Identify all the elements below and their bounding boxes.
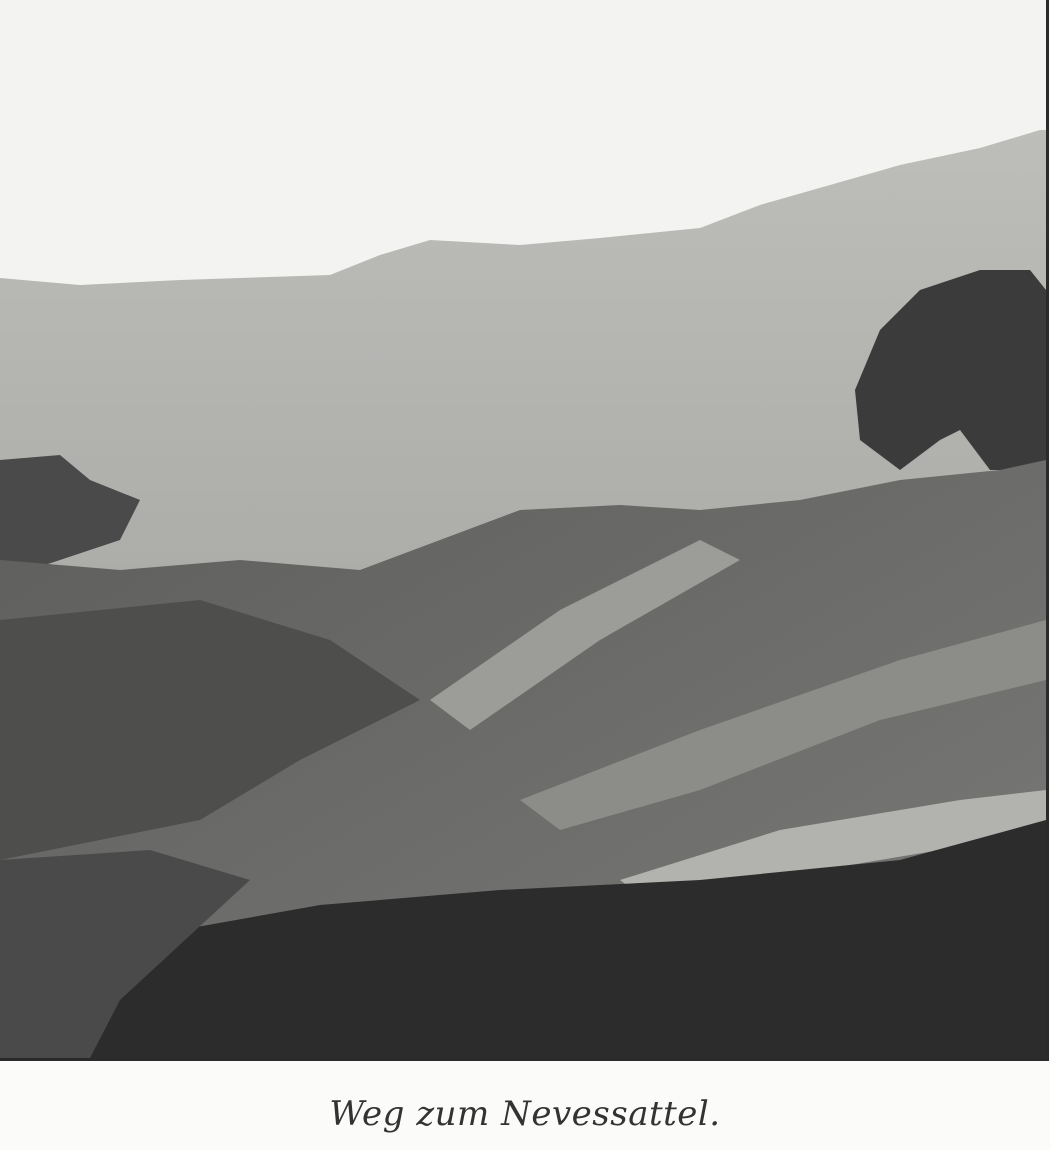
mountain-scene xyxy=(0,0,1046,1058)
photo-caption: Weg zum Nevessattel. xyxy=(0,1094,1050,1134)
landscape-photograph xyxy=(0,0,1049,1061)
